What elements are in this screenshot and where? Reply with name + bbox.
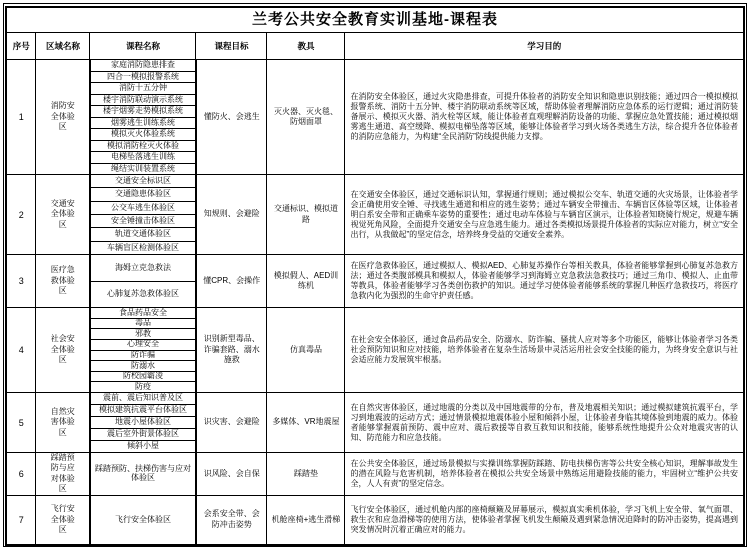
course-item: 楼宇消防联动演示系统	[91, 95, 195, 107]
course-list-cell: 踩踏预防、扶梯伤害与应对体验区	[90, 453, 196, 496]
course-list: 飞行安全体验区	[91, 496, 195, 545]
course-item: 消防十五分钟	[91, 83, 195, 95]
course-item: 震前、震后知识普及区	[91, 393, 195, 405]
course-item: 心理安全	[91, 340, 195, 351]
table-row: 3医疗急救体验区海姆立克急救法心肺复苏急救体验区懂CPR、会操作模拟假人、AED…	[6, 255, 744, 308]
course-item: 楼宇烟雾走势模拟系统	[91, 106, 195, 118]
course-list: 家庭消防隐患排查四合一模拟报警系统消防十五分钟楼宇消防联动演示系统楼宇烟雾走势模…	[91, 60, 195, 174]
row-number-cell: 4	[6, 308, 36, 393]
col-header-area: 区域名称	[36, 33, 90, 60]
area-name-cell: 社会安全体验区	[36, 308, 90, 393]
teaching-aids-cell: 多媒体、VR地震屋	[267, 393, 345, 453]
course-goal-cell: 懂防火、会逃生	[196, 60, 267, 175]
area-name-cell: 飞行安全体验区	[36, 495, 90, 545]
course-item: 毒品	[91, 319, 195, 330]
teaching-aids-cell: 模拟假人、AED训练机	[267, 255, 345, 308]
course-goal-cell: 知规则、会避险	[196, 175, 267, 255]
teaching-aids-cell: 灭火器、灭火毯、防烟面罩	[267, 60, 345, 175]
row-number-cell: 5	[6, 393, 36, 453]
col-header-no: 序号	[6, 33, 36, 60]
course-item: 电梯坠落逃生训练	[91, 152, 195, 164]
teaching-aids-cell: 仿真毒品	[267, 308, 345, 393]
table-row: 6踩踏预防与应对体验区踩踏预防、扶梯伤害与应对体验区识风险、会自保踩踏垫在公共安…	[6, 453, 744, 496]
col-header-purpose: 学习目的	[345, 33, 744, 60]
course-item: 防诈骗	[91, 351, 195, 362]
area-name-cell: 消防安全体验区	[36, 60, 90, 175]
course-list-cell: 飞行安全体验区	[90, 495, 196, 545]
course-list: 食品药品安全毒品邪教心理安全防诈骗防溺水防校园霸凌防疫	[91, 308, 195, 392]
course-list-cell: 食品药品安全毒品邪教心理安全防诈骗防溺水防校园霸凌防疫	[90, 308, 196, 393]
course-item: 倾斜小屋	[91, 441, 195, 452]
teaching-aids-cell: 交通标识、模拟道路	[267, 175, 345, 255]
course-list-cell: 家庭消防隐患排查四合一模拟报警系统消防十五分钟楼宇消防联动演示系统楼宇烟雾走势模…	[90, 60, 196, 175]
course-item: 绳结实训装置系统	[91, 164, 195, 175]
course-list-cell: 海姆立克急救法心肺复苏急救体验区	[90, 255, 196, 308]
course-item: 公交车逃生体验区	[91, 202, 195, 215]
course-table-body: 1消防安全体验区家庭消防隐患排查四合一模拟报警系统消防十五分钟楼宇消防联动演示系…	[6, 60, 744, 546]
course-goal-cell: 识别新型毒品、诈骗套路、溺水施救	[196, 308, 267, 393]
learning-purpose-cell: 在医疗急救体验区，通过模拟人、模拟AED、心肺复苏操作台等相关教具，体验者能够掌…	[345, 255, 744, 308]
course-item: 地震小屋体验区	[91, 417, 195, 429]
course-table: 兰考公共安全教育实训基地-课程表 序号 区域名称 课程名称 课程目标 教具 学习…	[5, 6, 745, 546]
course-item: 海姆立克急救法	[91, 255, 195, 282]
course-list: 震前、震后知识普及区模拟建筑抗震平台体验区地震小屋体验区震后室外街景体验区倾斜小…	[91, 393, 195, 452]
learning-purpose-cell: 在社会安全体验区，通过食品药品安全、防溺水、防诈骗、骚扰人应对等多个功能区，能够…	[345, 308, 744, 393]
course-list-cell: 交通安全标识区交通隐患体验区公交车逃生体验区安全锤撞击体验区轨道交通体验区车辆盲…	[90, 175, 196, 255]
course-item: 模拟消防栓灭火体验	[91, 141, 195, 153]
area-name-cell: 自然灾害体验区	[36, 393, 90, 453]
course-item: 家庭消防隐患排查	[91, 60, 195, 72]
page-frame: 兰考公共安全教育实训基地-课程表 序号 区域名称 课程名称 课程目标 教具 学习…	[3, 3, 747, 547]
col-header-course: 课程名称	[90, 33, 196, 60]
course-item: 震后室外街景体验区	[91, 429, 195, 441]
table-row: 2交通安全体验区交通安全标识区交通隐患体验区公交车逃生体验区安全锤撞击体验区轨道…	[6, 175, 744, 255]
course-item: 防校园霸凌	[91, 372, 195, 383]
course-item: 防疫	[91, 382, 195, 392]
header-row: 序号 区域名称 课程名称 课程目标 教具 学习目的	[6, 33, 744, 60]
learning-purpose-cell: 飞行安全体验区，通过机舱内部的座椅颠簸及屏幕展示，模拟真实乘机体验，学习飞机上安…	[345, 495, 744, 545]
row-number-cell: 7	[6, 495, 36, 545]
course-goal-cell: 识风险、会自保	[196, 453, 267, 496]
table-row: 5自然灾害体验区震前、震后知识普及区模拟建筑抗震平台体验区地震小屋体验区震后室外…	[6, 393, 744, 453]
table-row: 1消防安全体验区家庭消防隐患排查四合一模拟报警系统消防十五分钟楼宇消防联动演示系…	[6, 60, 744, 175]
course-goal-cell: 识灾害、会避险	[196, 393, 267, 453]
table-title: 兰考公共安全教育实训基地-课程表	[8, 12, 742, 29]
learning-purpose-cell: 在公共安全体验区，通过场景模拟与实操训练掌握防踩踏、防电扶梯伤害等公共安全核心知…	[345, 453, 744, 496]
row-number-cell: 3	[6, 255, 36, 308]
row-number-cell: 1	[6, 60, 36, 175]
course-item: 四合一模拟报警系统	[91, 72, 195, 84]
course-item: 安全锤撞击体验区	[91, 215, 195, 228]
course-item: 烟雾逃生训练系统	[91, 118, 195, 130]
col-header-goal: 课程目标	[196, 33, 267, 60]
area-name-cell: 医疗急救体验区	[36, 255, 90, 308]
course-item: 模拟建筑抗震平台体验区	[91, 405, 195, 417]
course-list-cell: 震前、震后知识普及区模拟建筑抗震平台体验区地震小屋体验区震后室外街景体验区倾斜小…	[90, 393, 196, 453]
course-item: 交通隐患体验区	[91, 188, 195, 201]
course-goal-cell: 懂CPR、会操作	[196, 255, 267, 308]
course-goal-cell: 会系安全带、会防冲击姿势	[196, 495, 267, 545]
col-header-aids: 教具	[267, 33, 345, 60]
table-row: 7飞行安全体验区飞行安全体验区会系安全带、会防冲击姿势机舱座椅+逃生滑梯飞行安全…	[6, 495, 744, 545]
course-item: 飞行安全体验区	[91, 496, 195, 545]
learning-purpose-cell: 在交通安全体验区，通过交通标识认知，掌握通行规则；通过模拟公交车、轨道交通的火灾…	[345, 175, 744, 255]
course-list: 踩踏预防、扶梯伤害与应对体验区	[91, 453, 195, 495]
learning-purpose-cell: 在自然灾害体验区，通过地震的分类以及中国地震带的分布，普及地震相关知识；通过模拟…	[345, 393, 744, 453]
course-item: 车辆盲区检测体验区	[91, 242, 195, 254]
learning-purpose-cell: 在消防安全体验区，通过火灾隐患排查，可提升体验者的消防安全知识和隐患识别技能；通…	[345, 60, 744, 175]
title-row: 兰考公共安全教育实训基地-课程表	[6, 7, 744, 33]
course-item: 轨道交通体验区	[91, 228, 195, 241]
teaching-aids-cell: 踩踏垫	[267, 453, 345, 496]
course-item: 模拟灭火体验系统	[91, 129, 195, 141]
area-name-cell: 踩踏预防与应对体验区	[36, 453, 90, 496]
teaching-aids-cell: 机舱座椅+逃生滑梯	[267, 495, 345, 545]
course-item: 心肺复苏急救体验区	[91, 282, 195, 308]
course-item: 踩踏预防、扶梯伤害与应对体验区	[91, 453, 195, 495]
row-number-cell: 2	[6, 175, 36, 255]
area-name-cell: 交通安全体验区	[36, 175, 90, 255]
table-row: 4社会安全体验区食品药品安全毒品邪教心理安全防诈骗防溺水防校园霸凌防疫识别新型毒…	[6, 308, 744, 393]
course-list: 交通安全标识区交通隐患体验区公交车逃生体验区安全锤撞击体验区轨道交通体验区车辆盲…	[91, 175, 195, 254]
course-list: 海姆立克急救法心肺复苏急救体验区	[91, 255, 195, 307]
course-item: 交通安全标识区	[91, 175, 195, 188]
row-number-cell: 6	[6, 453, 36, 496]
